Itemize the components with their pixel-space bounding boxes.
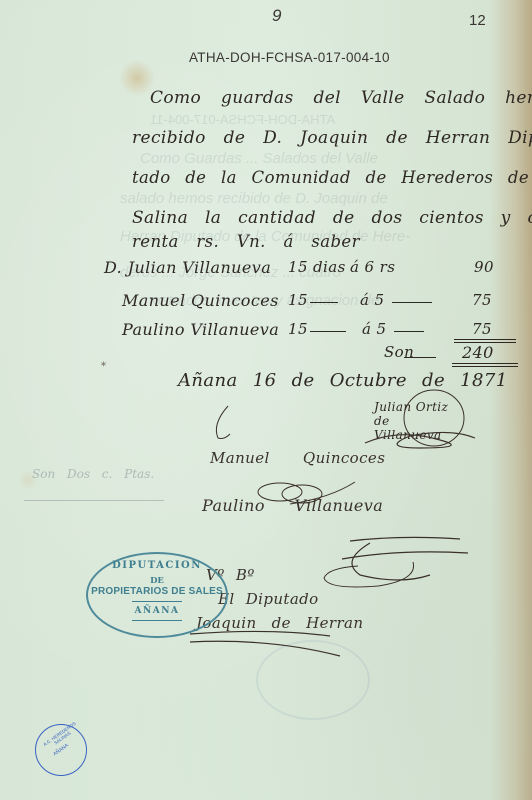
ledger-rate: á 5 (360, 291, 384, 309)
folio-number-center: 9 (272, 6, 281, 26)
ledger-rate: á 6 rs (350, 258, 395, 276)
total-rule (452, 366, 518, 367)
signature-flourish (210, 404, 240, 442)
signature-manuel-quincoces: Manuel Quincoces (210, 449, 385, 467)
reverse-bleed-text: salado hemos recibido de D. Joaquin de (120, 190, 388, 207)
stamp-diputacion: DIPUTACION DE PROPIETARIOS DE SALES AÑAN… (86, 552, 228, 638)
margin-mark: * (101, 361, 106, 372)
reverse-bleed-text: Como Guardas ... Salados del Valle (140, 150, 378, 167)
ledger-amount: 90 (474, 258, 494, 276)
stamp-line: PROPIETARIOS DE SALES (88, 586, 226, 597)
ghost-stamp-bleed (256, 640, 370, 720)
subtotal-rule (454, 339, 516, 340)
ledger-days: 15 (288, 320, 308, 338)
body-line-4: Salina la cantidad de dos cientos y cua- (132, 208, 532, 228)
reverse-bleed-text: ATHA-DOH-FCHSA-017-004-11 (150, 112, 335, 127)
ledger-days: 15 (288, 291, 308, 309)
ledger-name: Manuel Quincoces (122, 291, 279, 310)
total-amount: 240 (462, 343, 494, 362)
stamp-place: AÑANA (88, 606, 226, 616)
signature-flourish (360, 388, 480, 458)
stamp-herederos-salinas: A.C. HEREDEROS SALINAS AÑANA (35, 724, 87, 776)
signature-flourish (318, 560, 428, 600)
ledger-amount: 75 (472, 320, 492, 338)
body-line-1: Como guardas del Valle Salado hemos (150, 88, 532, 108)
faint-margin-rule (24, 500, 164, 501)
total-rule (452, 363, 518, 364)
stamp-divider (132, 601, 182, 602)
paper-stain (120, 58, 154, 98)
folio-number-right: 12 (469, 12, 486, 29)
archive-reference: ATHA-DOH-FCHSA-017-004-10 (189, 50, 390, 65)
ledger-dash (392, 302, 432, 303)
ledger-amount: 75 (472, 291, 492, 309)
body-line-2: recibido de D. Joaquin de Herran Dipu- (132, 128, 532, 148)
body-line-3: tado de la Comunidad de Herederos de est… (132, 168, 532, 187)
ledger-dash (394, 331, 424, 332)
body-line-5: renta rs. Vn. á saber (132, 232, 360, 251)
stamp-top-arc: DIPUTACION (88, 560, 226, 571)
document-page: ATHA-DOH-FCHSA-017-004-11 Como Guardas .… (0, 0, 532, 800)
ledger-dash (310, 331, 346, 332)
ledger-rate: á 5 (362, 320, 386, 338)
faint-margin-note: Son Dos c. Ptas. (32, 467, 154, 481)
approval-role: El Diputado (218, 590, 319, 608)
signature-paulino-villanueva: Paulino Villanueva (202, 496, 383, 515)
stamp-middle: DE (88, 576, 226, 586)
ledger-dash (310, 302, 338, 303)
ledger-name: D. Julian Villanueva (104, 258, 271, 277)
ledger-days: 15 dias (288, 258, 346, 276)
ledger-name: Paulino Villanueva (122, 320, 279, 339)
stamp-divider (132, 620, 182, 621)
total-label: Son (384, 343, 414, 361)
ledger-dash (404, 357, 436, 358)
